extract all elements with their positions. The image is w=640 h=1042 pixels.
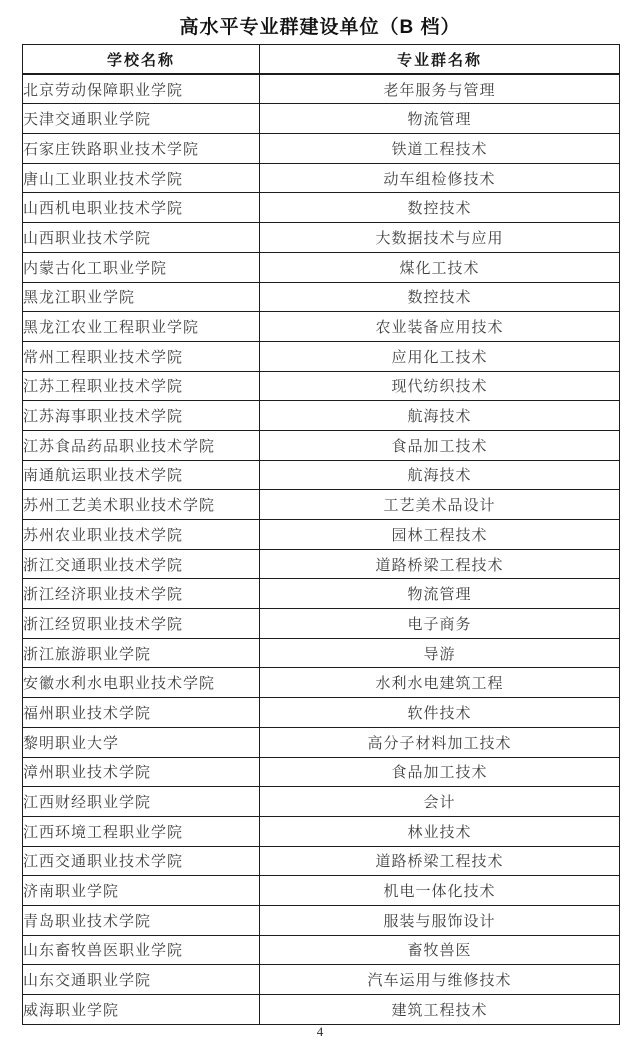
table-row: 江西财经职业学院会计	[23, 787, 620, 817]
table-row: 浙江旅游职业学院导游	[23, 638, 620, 668]
table-row: 江苏工程职业技术学院现代纺织技术	[23, 371, 620, 401]
table-row: 浙江经贸职业技术学院电子商务	[23, 609, 620, 639]
table-row: 山东畜牧兽医职业学院畜牧兽医	[23, 935, 620, 965]
table-row: 安徽水利水电职业技术学院水利水电建筑工程	[23, 668, 620, 698]
school-name-cell: 唐山工业职业技术学院	[23, 163, 260, 193]
group-name-cell: 食品加工技术	[260, 430, 620, 460]
table-row: 内蒙古化工职业学院煤化工技术	[23, 252, 620, 282]
document-page: 高水平专业群建设单位（B 档） 学校名称 专业群名称 北京劳动保障职业学院老年服…	[0, 0, 640, 1042]
page-title: 高水平专业群建设单位（B 档）	[0, 12, 640, 39]
school-name-cell: 济南职业学院	[23, 876, 260, 906]
group-name-cell: 导游	[260, 638, 620, 668]
table-row: 青岛职业技术学院服装与服饰设计	[23, 905, 620, 935]
school-name-cell: 浙江经贸职业技术学院	[23, 609, 260, 639]
school-name-cell: 浙江交通职业技术学院	[23, 549, 260, 579]
school-name-cell: 浙江旅游职业学院	[23, 638, 260, 668]
group-name-cell: 老年服务与管理	[260, 74, 620, 104]
table-body: 北京劳动保障职业学院老年服务与管理天津交通职业学院物流管理石家庄铁路职业技术学院…	[23, 74, 620, 1024]
group-name-cell: 航海技术	[260, 460, 620, 490]
school-name-cell: 江苏食品药品职业技术学院	[23, 430, 260, 460]
column-header-group-name: 专业群名称	[260, 45, 620, 75]
group-name-cell: 食品加工技术	[260, 757, 620, 787]
table-row: 天津交通职业学院物流管理	[23, 104, 620, 134]
school-name-cell: 江西交通职业技术学院	[23, 846, 260, 876]
school-name-cell: 浙江经济职业技术学院	[23, 579, 260, 609]
table-row: 苏州工艺美术职业技术学院工艺美术品设计	[23, 490, 620, 520]
table-row: 苏州农业职业技术学院园林工程技术	[23, 520, 620, 550]
table-row: 南通航运职业技术学院航海技术	[23, 460, 620, 490]
table-row: 常州工程职业技术学院应用化工技术	[23, 341, 620, 371]
group-name-cell: 工艺美术品设计	[260, 490, 620, 520]
school-name-cell: 江西环境工程职业学院	[23, 816, 260, 846]
group-name-cell: 大数据技术与应用	[260, 223, 620, 253]
group-name-cell: 林业技术	[260, 816, 620, 846]
table-row: 山西职业技术学院大数据技术与应用	[23, 223, 620, 253]
group-name-cell: 畜牧兽医	[260, 935, 620, 965]
group-name-cell: 园林工程技术	[260, 520, 620, 550]
school-name-cell: 山东交通职业学院	[23, 965, 260, 995]
group-name-cell: 高分子材料加工技术	[260, 727, 620, 757]
group-name-cell: 农业装备应用技术	[260, 312, 620, 342]
table-row: 唐山工业职业技术学院动车组检修技术	[23, 163, 620, 193]
school-name-cell: 安徽水利水电职业技术学院	[23, 668, 260, 698]
group-name-cell: 铁道工程技术	[260, 134, 620, 164]
group-name-cell: 动车组检修技术	[260, 163, 620, 193]
group-name-cell: 航海技术	[260, 401, 620, 431]
school-name-cell: 苏州农业职业技术学院	[23, 520, 260, 550]
schools-table: 学校名称 专业群名称 北京劳动保障职业学院老年服务与管理天津交通职业学院物流管理…	[22, 44, 620, 1025]
table-row: 黑龙江职业学院数控技术	[23, 282, 620, 312]
group-name-cell: 服装与服饰设计	[260, 905, 620, 935]
school-name-cell: 内蒙古化工职业学院	[23, 252, 260, 282]
group-name-cell: 物流管理	[260, 579, 620, 609]
page-number: 4	[0, 1024, 640, 1040]
school-name-cell: 黑龙江职业学院	[23, 282, 260, 312]
table-row: 黑龙江农业工程职业学院农业装备应用技术	[23, 312, 620, 342]
table-row: 江西环境工程职业学院林业技术	[23, 816, 620, 846]
group-name-cell: 水利水电建筑工程	[260, 668, 620, 698]
table-row: 福州职业技术学院软件技术	[23, 698, 620, 728]
group-name-cell: 建筑工程技术	[260, 995, 620, 1025]
table-row: 浙江经济职业技术学院物流管理	[23, 579, 620, 609]
school-name-cell: 威海职业学院	[23, 995, 260, 1025]
group-name-cell: 数控技术	[260, 193, 620, 223]
table-row: 石家庄铁路职业技术学院铁道工程技术	[23, 134, 620, 164]
school-name-cell: 福州职业技术学院	[23, 698, 260, 728]
group-name-cell: 煤化工技术	[260, 252, 620, 282]
group-name-cell: 道路桥梁工程技术	[260, 549, 620, 579]
group-name-cell: 汽车运用与维修技术	[260, 965, 620, 995]
school-name-cell: 黎明职业大学	[23, 727, 260, 757]
school-name-cell: 山西机电职业技术学院	[23, 193, 260, 223]
school-name-cell: 江西财经职业学院	[23, 787, 260, 817]
table-row: 江苏海事职业技术学院航海技术	[23, 401, 620, 431]
table-row: 北京劳动保障职业学院老年服务与管理	[23, 74, 620, 104]
group-name-cell: 软件技术	[260, 698, 620, 728]
group-name-cell: 会计	[260, 787, 620, 817]
table-header-row: 学校名称 专业群名称	[23, 45, 620, 75]
group-name-cell: 物流管理	[260, 104, 620, 134]
table-row: 威海职业学院建筑工程技术	[23, 995, 620, 1025]
school-name-cell: 北京劳动保障职业学院	[23, 74, 260, 104]
school-name-cell: 山西职业技术学院	[23, 223, 260, 253]
table-row: 漳州职业技术学院食品加工技术	[23, 757, 620, 787]
school-name-cell: 常州工程职业技术学院	[23, 341, 260, 371]
group-name-cell: 现代纺织技术	[260, 371, 620, 401]
school-name-cell: 江苏海事职业技术学院	[23, 401, 260, 431]
school-name-cell: 漳州职业技术学院	[23, 757, 260, 787]
school-name-cell: 南通航运职业技术学院	[23, 460, 260, 490]
group-name-cell: 数控技术	[260, 282, 620, 312]
group-name-cell: 应用化工技术	[260, 341, 620, 371]
school-name-cell: 青岛职业技术学院	[23, 905, 260, 935]
table-row: 山东交通职业学院汽车运用与维修技术	[23, 965, 620, 995]
column-header-school-name: 学校名称	[23, 45, 260, 75]
table-row: 黎明职业大学高分子材料加工技术	[23, 727, 620, 757]
school-name-cell: 江苏工程职业技术学院	[23, 371, 260, 401]
school-name-cell: 苏州工艺美术职业技术学院	[23, 490, 260, 520]
table-row: 山西机电职业技术学院数控技术	[23, 193, 620, 223]
group-name-cell: 电子商务	[260, 609, 620, 639]
school-name-cell: 黑龙江农业工程职业学院	[23, 312, 260, 342]
school-name-cell: 石家庄铁路职业技术学院	[23, 134, 260, 164]
group-name-cell: 道路桥梁工程技术	[260, 846, 620, 876]
school-name-cell: 山东畜牧兽医职业学院	[23, 935, 260, 965]
table-row: 江西交通职业技术学院道路桥梁工程技术	[23, 846, 620, 876]
group-name-cell: 机电一体化技术	[260, 876, 620, 906]
school-name-cell: 天津交通职业学院	[23, 104, 260, 134]
table-row: 浙江交通职业技术学院道路桥梁工程技术	[23, 549, 620, 579]
table-row: 济南职业学院机电一体化技术	[23, 876, 620, 906]
table-row: 江苏食品药品职业技术学院食品加工技术	[23, 430, 620, 460]
